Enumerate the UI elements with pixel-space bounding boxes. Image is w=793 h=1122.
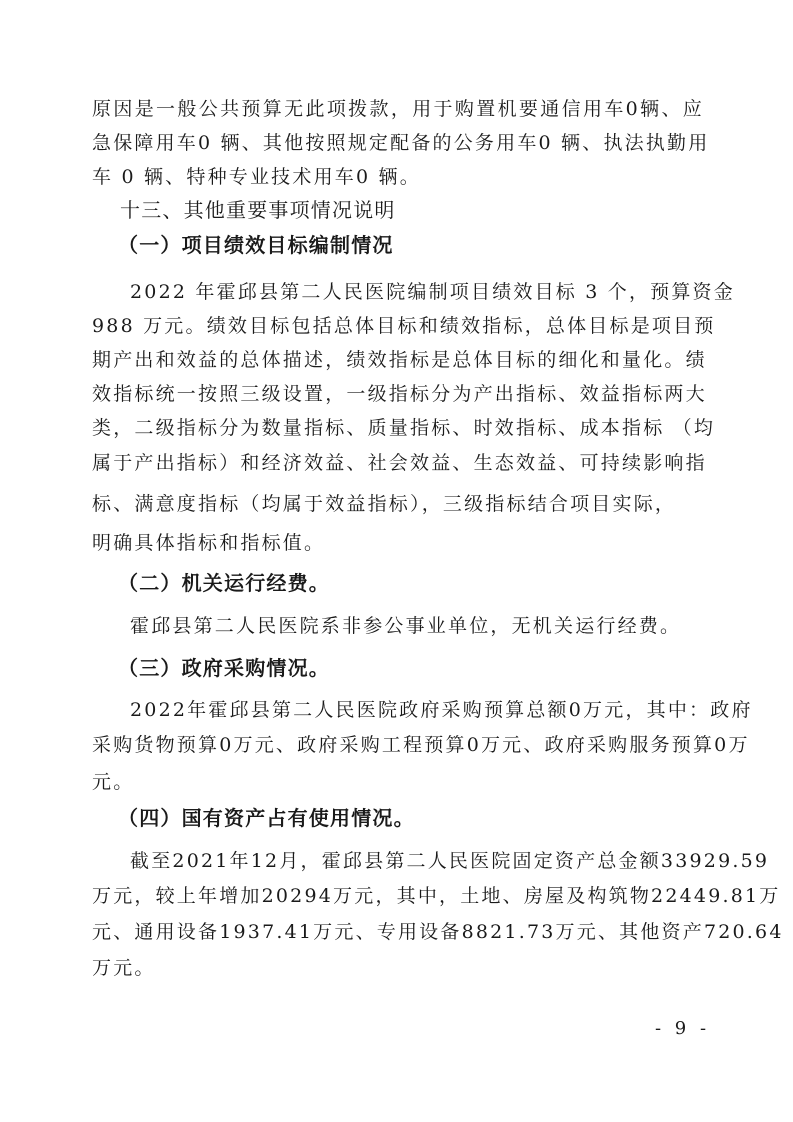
paragraph-assets-line-2: 万元，较上年增加20294万元，其中，土地、房屋及构筑物22449.81万 (92, 884, 704, 908)
paragraph-procurement-line-2: 采购货物预算0万元、政府采购工程预算0万元、政府采购服务预算0万 (92, 733, 704, 757)
subsection-2-heading: （二）机关运行经费。 (118, 570, 330, 596)
paragraph-procurement-line-3: 元。 (92, 770, 704, 794)
paragraph-vehicles-line-2: 急保障用车0 辆、其他按照规定配备的公务用车0 辆、执法执勤用 (92, 131, 704, 155)
section-13-heading: 十三、其他重要事项情况说明 (120, 197, 396, 223)
paragraph-performance-line-1: 2022 年霍邱县第二人民医院编制项目绩效目标 3 个，预算资金 (130, 280, 704, 304)
subsection-1-heading: （一）项目绩效目标编制情况 (118, 232, 394, 258)
paragraph-performance-line-4: 效指标统一按照三级设置，一级指标分为产出指标、效益指标两大 (92, 382, 704, 406)
paragraph-assets-line-4: 万元。 (92, 956, 704, 980)
paragraph-performance-line-5: 类，二级指标分为数量指标、质量指标、时效指标、成本指标 （均 (92, 416, 704, 440)
paragraph-performance-line-3: 期产出和效益的总体描述，绩效指标是总体目标的细化和量化。绩 (92, 348, 704, 372)
paragraph-assets-line-1: 截至2021年12月，霍邱县第二人民医院固定资产总金额33929.59 (130, 849, 704, 873)
paragraph-performance-line-6: 属于产出指标）和经济效益、社会效益、生态效益、可持续影响指 (92, 451, 704, 475)
paragraph-operating-costs: 霍邱县第二人民医院系非参公事业单位，无机关运行经费。 (130, 614, 704, 638)
subsection-3-heading: （三）政府采购情况。 (118, 655, 330, 681)
paragraph-performance-line-8: 明确具体指标和指标值。 (92, 531, 704, 555)
page-number: - 9 - (655, 1018, 710, 1039)
paragraph-performance-line-7: 标、满意度指标（均属于效益指标），三级指标结合项目实际， (92, 492, 652, 516)
paragraph-assets-line-3: 元、通用设备1937.41万元、专用设备8821.73万元、其他资产720.64 (92, 920, 704, 944)
paragraph-performance-line-2: 988 万元。绩效目标包括总体目标和绩效指标，总体目标是项目预 (92, 314, 704, 338)
paragraph-vehicles-line-3: 车 0 辆、特种专业技术用车0 辆。 (92, 165, 704, 189)
paragraph-vehicles-line-1: 原因是一般公共预算无此项拨款，用于购置机要通信用车0辆、应 (92, 97, 704, 121)
subsection-4-heading: （四）国有资产占有使用情况。 (118, 805, 415, 831)
paragraph-procurement-line-1: 2022年霍邱县第二人民医院政府采购预算总额0万元，其中：政府 (130, 698, 704, 722)
